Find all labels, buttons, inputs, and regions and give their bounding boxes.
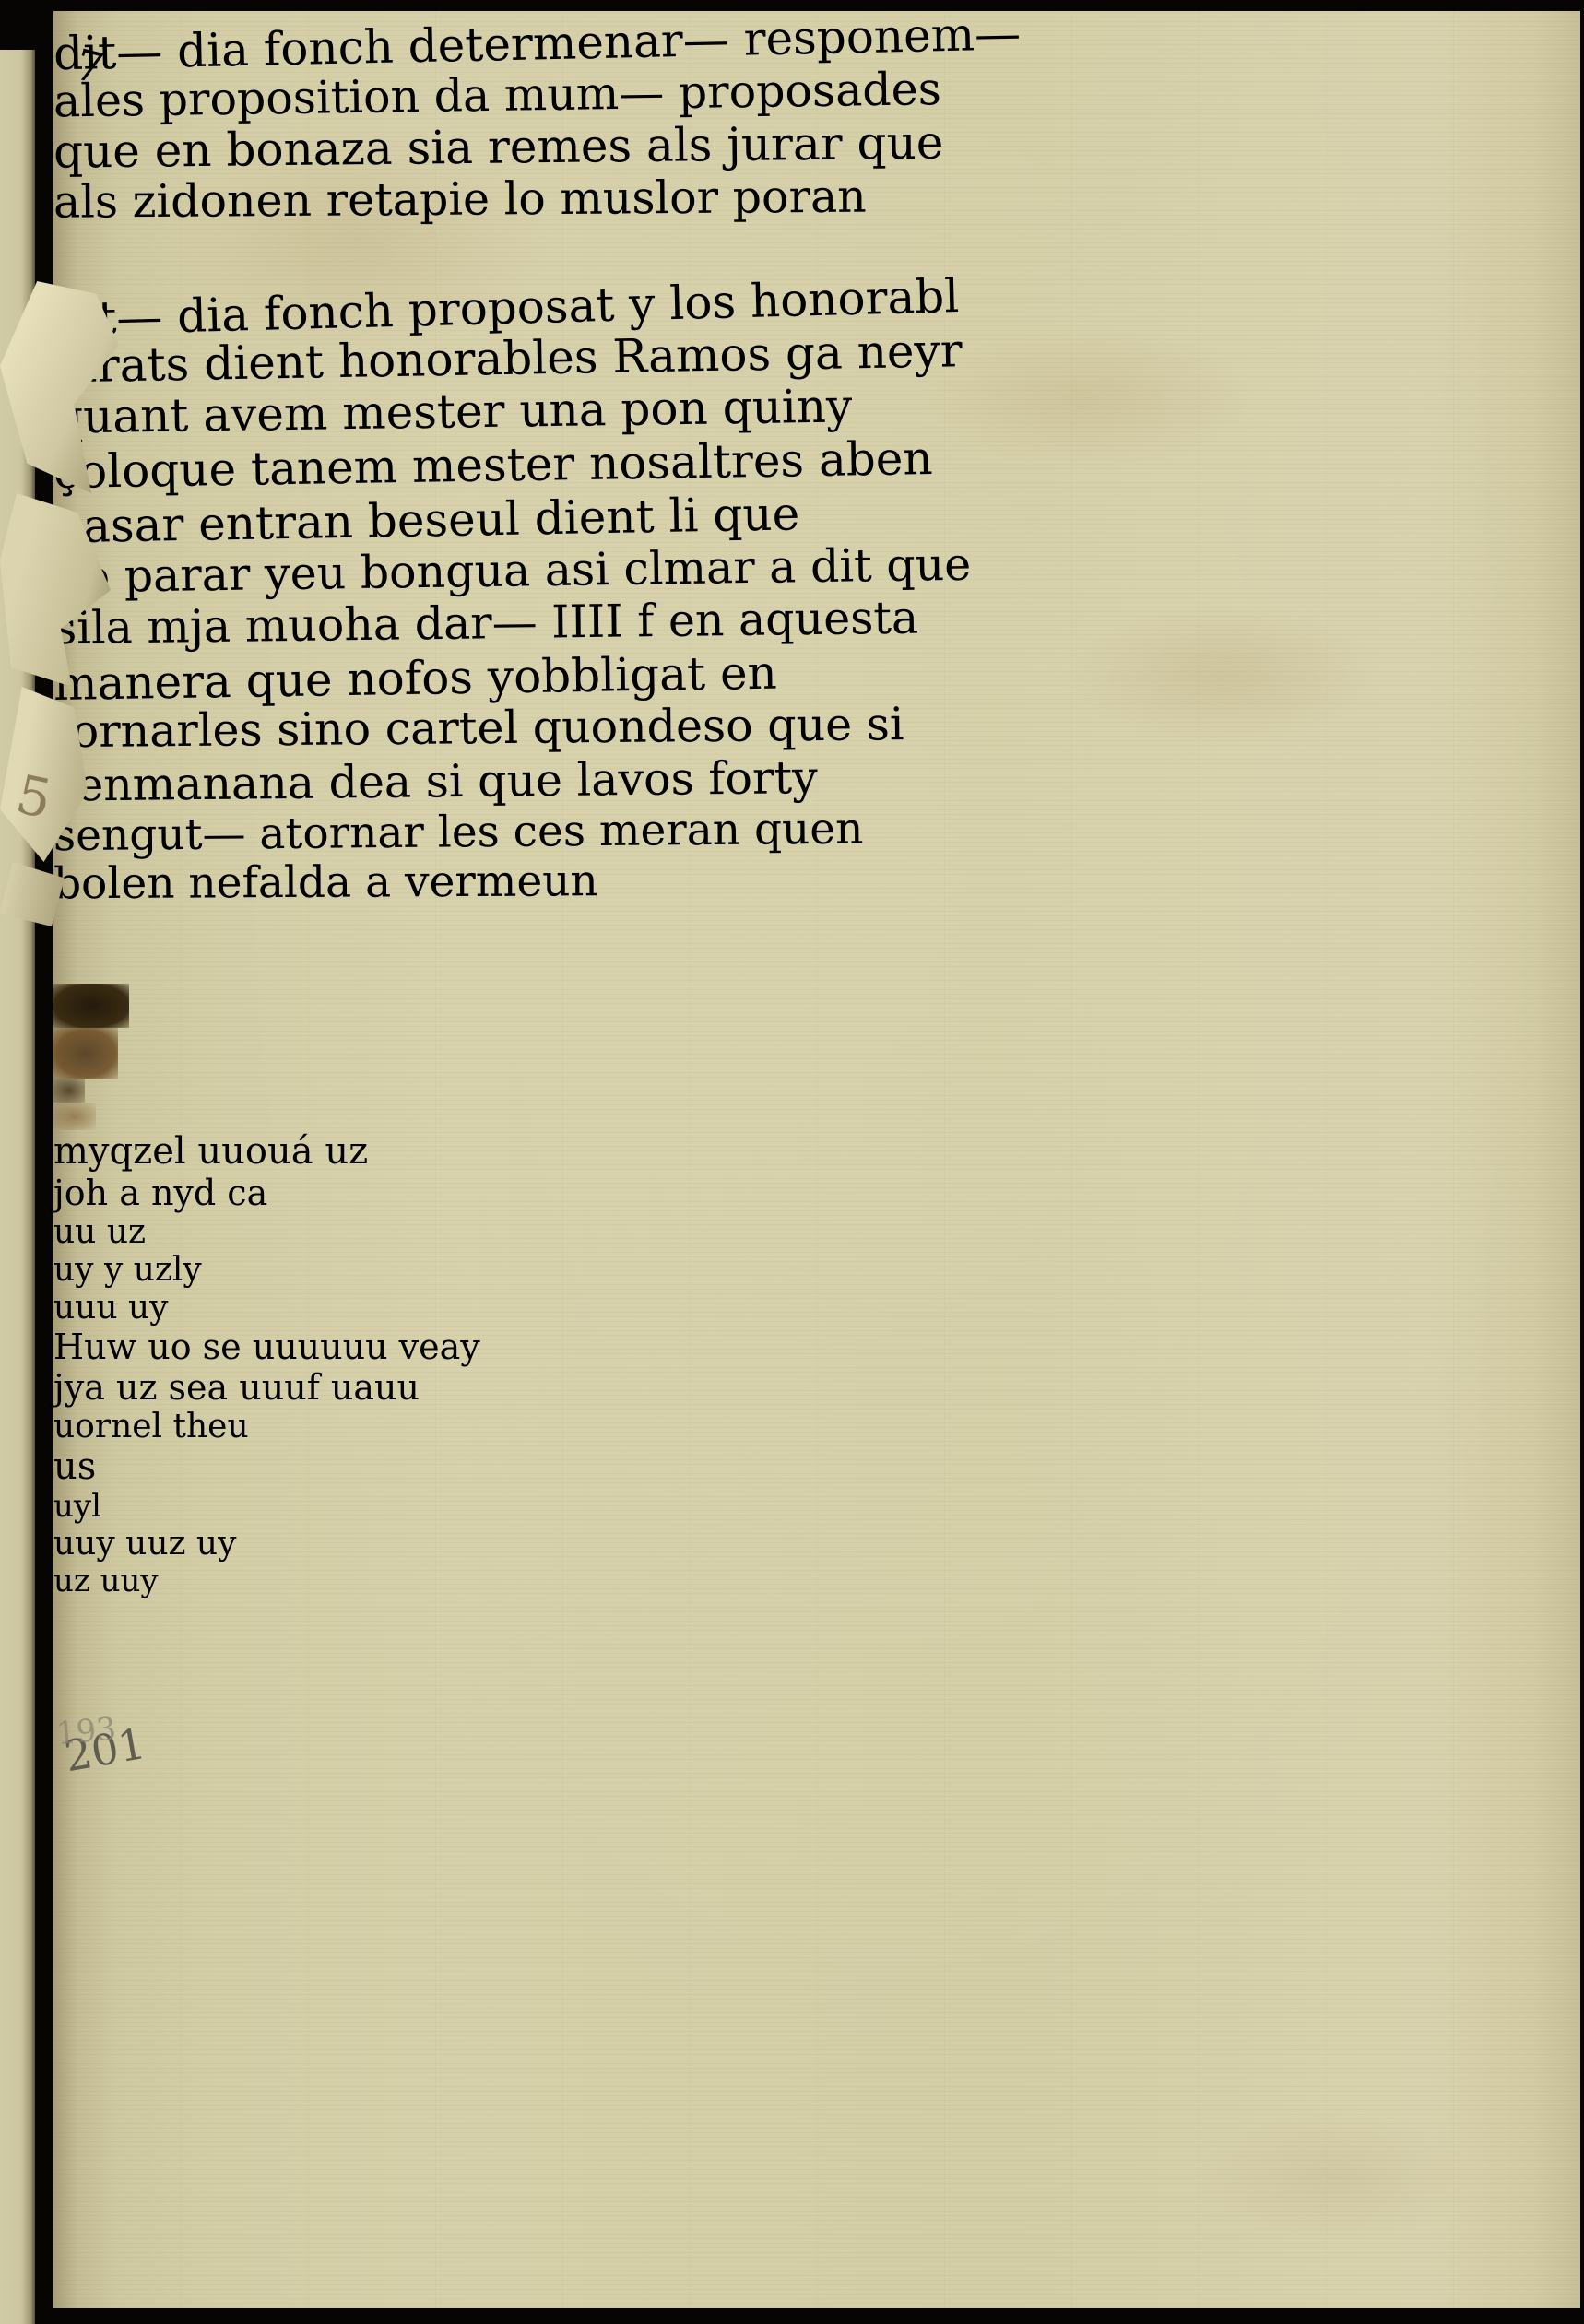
- ghost-line: uornel theu: [53, 1408, 1580, 1445]
- ghost-line: Huw uo se uuuuuu veay: [53, 1327, 1580, 1367]
- ghost-line: uuu uy: [53, 1289, 1580, 1327]
- ink-blot: [53, 1028, 118, 1079]
- manuscript-scan: dit— dia fonch determenar— responem— ale…: [0, 0, 1584, 2324]
- stain: [53, 1103, 96, 1130]
- ghost-line: jya uz sea uuuf uauu: [53, 1367, 1580, 1408]
- ghost-line: uu uz: [53, 1213, 1580, 1251]
- paragraph-2: dit— dia fonch proposat y los honorabl j…: [53, 273, 1580, 905]
- ghost-line: us: [53, 1445, 1580, 1488]
- ghost-line: joh a nyd ca: [53, 1173, 1580, 1213]
- manuscript-page: dit— dia fonch determenar— responem— ale…: [53, 11, 1580, 2308]
- ghost-line: uz uuy: [53, 1563, 1580, 1599]
- page-edge-curl: [52, 1785, 79, 1842]
- handwritten-line: als zidonen retapie lo muslor poran: [53, 165, 1580, 229]
- ink-blot: [53, 1079, 85, 1103]
- ghost-line: uy y uzly: [53, 1251, 1580, 1289]
- ghost-line: myqzel uuouá uz: [53, 1130, 1580, 1173]
